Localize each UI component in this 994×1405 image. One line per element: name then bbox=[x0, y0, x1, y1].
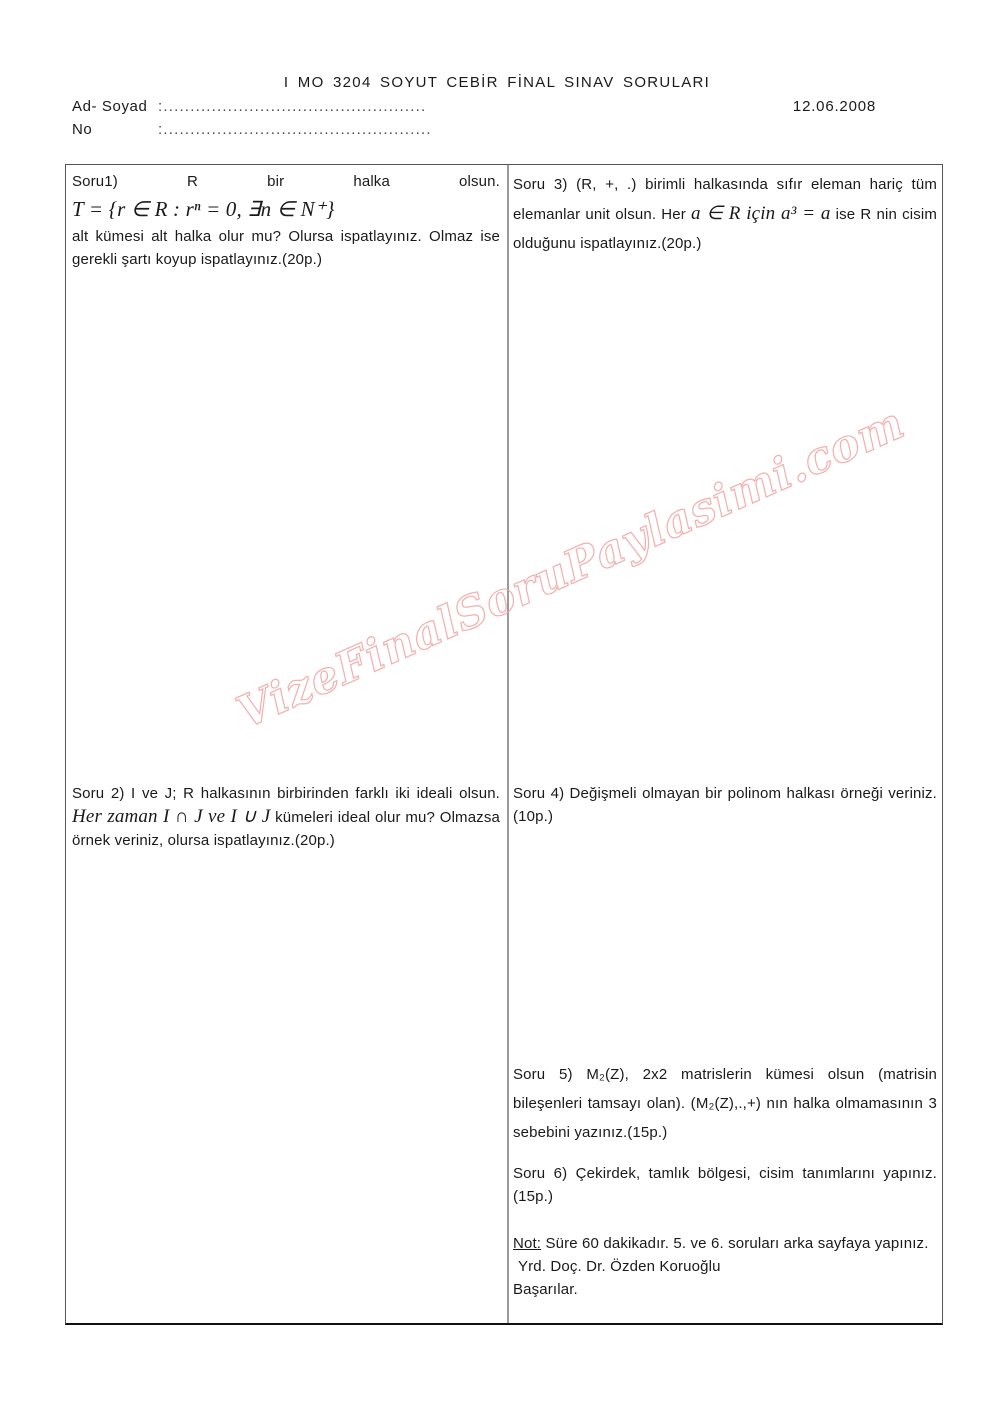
question-2: Soru 2) I ve J; R halkasının birbirinden… bbox=[72, 782, 500, 852]
note-label: Not: bbox=[513, 1235, 541, 1252]
note-closing: Başarılar. bbox=[513, 1278, 937, 1301]
number-blank: :.......................................… bbox=[158, 121, 432, 138]
questions-table: Soru1) R bir halka olsun. T = {r ∈ R : r… bbox=[65, 164, 943, 1325]
exam-note: Not: Süre 60 dakikadır. 5. ve 6. sorular… bbox=[513, 1232, 937, 1301]
question-2-body: Soru 2) I ve J; R halkasının birbirinden… bbox=[72, 782, 500, 852]
exam-title: I MO 3204 SOYUT CEBİR FİNAL SINAV SORULA… bbox=[0, 74, 994, 91]
question-1-text: alt kümesi alt halka olur mu? Olursa isp… bbox=[72, 225, 500, 271]
question-3-body: Soru 3) (R, +, .) birimli halkasında sıf… bbox=[513, 170, 937, 258]
question-4: Soru 4) Değişmeli olmayan bir polinom ha… bbox=[513, 782, 937, 828]
question-3-formula: a ∈ R için a³ = a bbox=[691, 203, 831, 224]
question-3: Soru 3) (R, +, .) birimli halkasında sıf… bbox=[513, 170, 937, 258]
question-4-text: Soru 4) Değişmeli olmayan bir polinom ha… bbox=[513, 782, 937, 828]
question-2-formula: Her zaman I ∩ J ve I ∪ J bbox=[72, 806, 270, 827]
number-label: No bbox=[72, 121, 158, 138]
question-5: Soru 5) M₂(Z), 2x2 matrislerin kümesi ol… bbox=[513, 1060, 937, 1147]
question-2-text-a: Soru 2) I ve J; R halkasının birbirinden… bbox=[72, 785, 500, 802]
question-6: Soru 6) Çekirdek, tamlık bölgesi, cisim … bbox=[513, 1162, 937, 1208]
question-6-text: Soru 6) Çekirdek, tamlık bölgesi, cisim … bbox=[513, 1162, 937, 1208]
name-blank: :.......................................… bbox=[158, 98, 426, 115]
exam-date: 12.06.2008 bbox=[793, 98, 876, 115]
name-field: Ad- Soyad:..............................… bbox=[72, 98, 426, 115]
note-body: Not: Süre 60 dakikadır. 5. ve 6. sorular… bbox=[513, 1232, 937, 1255]
question-1: Soru1) R bir halka olsun. T = {r ∈ R : r… bbox=[72, 170, 500, 271]
number-field: No:.....................................… bbox=[72, 121, 432, 138]
name-label: Ad- Soyad bbox=[72, 98, 158, 115]
question-1-intro: Soru1) R bir halka olsun. bbox=[72, 170, 500, 193]
note-text: Süre 60 dakikadır. 5. ve 6. soruları ark… bbox=[545, 1235, 928, 1252]
note-author: Yrd. Doç. Dr. Özden Koruoğlu bbox=[513, 1255, 937, 1278]
column-divider bbox=[507, 165, 509, 1323]
question-1-formula: T = {r ∈ R : rⁿ = 0, ∃n ∈ N⁺} bbox=[72, 193, 500, 225]
question-5-text: Soru 5) M₂(Z), 2x2 matrislerin kümesi ol… bbox=[513, 1060, 937, 1147]
